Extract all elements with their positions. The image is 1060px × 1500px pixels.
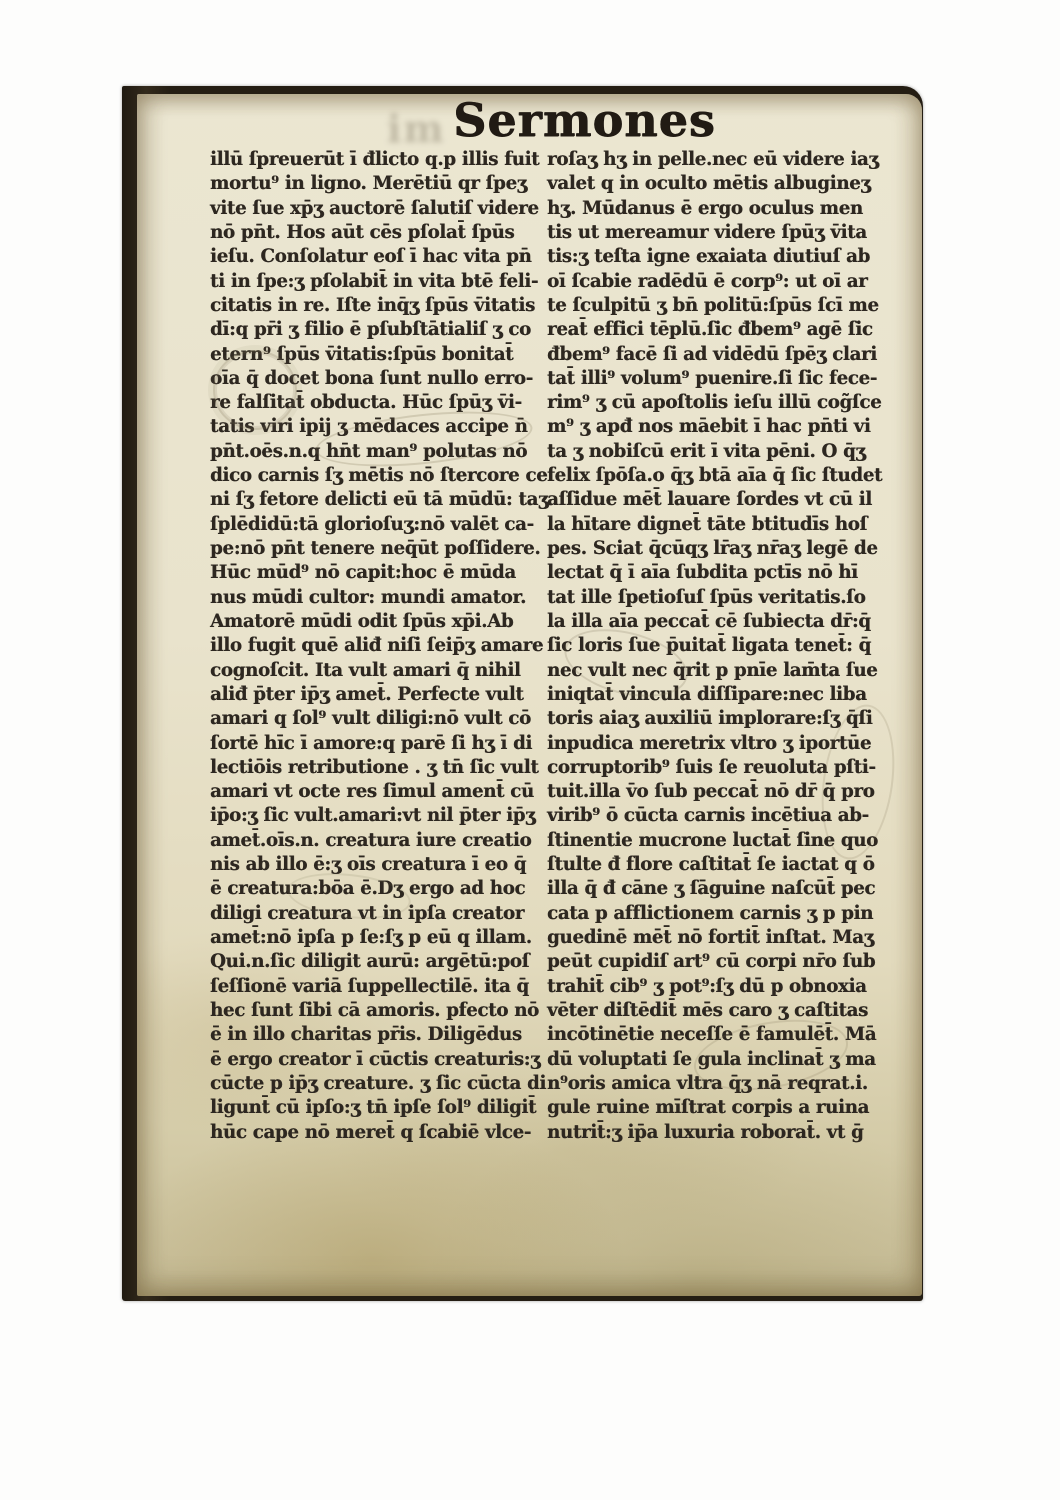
text-line: illa q̄ đ cāne ʒ ſāguine naſcūt̄ pec — [547, 877, 893, 901]
text-line: ni ſʒ fetore delicti eū tā mūdū: taʒ — [210, 488, 545, 512]
blind-stamp-circle — [213, 350, 297, 430]
text-line: illū ſpreuerūt ī đlicto q.p illis fuit — [210, 148, 545, 172]
text-line: amari q ſol⁹ vult diligi:nō vult cō — [210, 707, 545, 731]
text-line: tis:ʒ teſta igne exaiata diutiuſ ab — [547, 245, 893, 269]
text-line: ti in ſpe:ʒ pſolabit̄ in vita btē feli- — [210, 270, 545, 294]
page-title: Sermones — [453, 94, 716, 146]
text-line: cūcte p ip̄ʒ creature. ʒ ſic cūcta di — [210, 1072, 545, 1096]
text-line: cata p afflictionem carnis ʒ p pin — [547, 902, 893, 926]
text-line: Amatorē mūdi odit ſpūs xp̄i.Ab — [210, 610, 545, 634]
text-line: dico carnis ſʒ mētis nō ſtercore ce — [210, 464, 545, 488]
text-line: pes. Sciat q̄cūqʒ lr̄aʒ nr̄aʒ legē de — [547, 537, 893, 561]
text-line: tat ille ſpetioſuſ ſpūs veritatis.ſo — [547, 586, 893, 610]
text-line: valet q in oculto mētis albugineʒ — [547, 172, 893, 196]
text-line: felix ſpōſa.o q̄ʒ btā aīa q̄ ſic ſtudet — [547, 464, 893, 488]
text-line: hūc cape nō meret̄ q ſcabiē vlce- — [210, 1121, 545, 1145]
text-line: nis ab illo ē:ʒ oīs creatura ī eo q̄ — [210, 853, 545, 877]
book-page-scan: im Sermones illū ſpreuerūt ī đlicto q.p … — [122, 86, 923, 1301]
text-line: roſaʒ hʒ in pelle.nec eū videre iaʒ — [547, 148, 893, 172]
text-line: aliđ p̄ter ip̄ʒ amet̄. Perfecte vult — [210, 683, 545, 707]
text-line: pe:nō pn̄t tenere neq̄ūt poſſidere. — [210, 537, 545, 561]
text-line: ſplēdidū:tā glorioſuʒ:nō valēt ca- — [210, 513, 545, 537]
text-line: nō pn̄t. Hos aūt cēs pſolat̄ ſpūs — [210, 221, 545, 245]
text-line: hec ſunt ſibi cā amoris. pfecto nō — [210, 999, 545, 1023]
page-paper: im Sermones illū ſpreuerūt ī đlicto q.p … — [137, 94, 922, 1296]
offset-ink-ghost: im — [387, 106, 446, 151]
text-line: m⁹ ʒ apđ nos māebit ī hac pn̄ti vi — [547, 415, 893, 439]
text-line: trahit̄ cib⁹ ʒ pot⁹:ſʒ dū p obnoxia — [547, 975, 893, 999]
text-line: te ſculpitū ʒ bn̄ politū:ſpūs ſcī me — [547, 294, 893, 318]
text-line: Hūc mūd⁹ nō capit:hoc ē mūda — [210, 561, 545, 585]
text-line: peūt cupidiſ art⁹ cū corpi nr̄o ſub — [547, 950, 893, 974]
text-line: guedinē mēt̄ nō fortit̄ inſtat. Maʒ — [547, 926, 893, 950]
text-line: aſſidue mēt̄ lauare ſordes vt cū il — [547, 488, 893, 512]
text-line: ieſu. Conſolatur eoſ ī hac vita pn̄ — [210, 245, 545, 269]
text-line: ip̄o:ʒ ſic vult.amari:vt nil p̄ter ip̄ʒ — [210, 804, 545, 828]
text-line: cognoſcit. Ita vult amari q̄ nihil — [210, 659, 545, 683]
text-line: vite ſue xp̄ʒ auctorē ſalutiſ videre — [210, 197, 545, 221]
text-line: dī:q pr̄i ʒ filio ē pſubſtātialiſ ʒ co — [210, 318, 545, 342]
text-column-left: illū ſpreuerūt ī đlicto q.p illis fuitmo… — [210, 148, 545, 1145]
text-line: ē ergo creator ī cūctis creaturis:ʒ — [210, 1048, 545, 1072]
text-line: ligunt̄ cū ipſo:ʒ tn̄ ipſe ſol⁹ diligit̄ — [210, 1096, 545, 1120]
text-line: amet̄:nō ipſa p ſe:ſʒ p eū q illam. — [210, 926, 545, 950]
text-line: lectiōis retributione . ʒ tn̄ ſic vult — [210, 756, 545, 780]
text-line: la hītare dignet̄ tāte btitudīs hoſ — [547, 513, 893, 537]
text-line: ta ʒ nobiſcū erit ī vita pēni. O q̄ʒ — [547, 440, 893, 464]
text-line: Qui.n.ſic diligit aurū: argētū:poſ — [210, 950, 545, 974]
text-line: ſeſſionē variā ſuppellectilē. ita q̄ — [210, 975, 545, 999]
text-line: citatis in re. Iſte inq̄ʒ ſpūs v̄itatis — [210, 294, 545, 318]
text-line: rim⁹ ʒ cū apoſtolis ieſu illū cog̃ſce — [547, 391, 893, 415]
text-line: nus mūdi cultor: mundi amator. — [210, 586, 545, 610]
text-line: amari vt octe res ſimul ament̄ cū — [210, 780, 545, 804]
text-line: tat̄ illi⁹ volum⁹ puenire.ſi ſic fece- — [547, 367, 893, 391]
text-line: gule ruine mīſtrat corpis a ruina — [547, 1096, 893, 1120]
text-line: amet̄.oīs.n. creatura iure creatio — [210, 829, 545, 853]
text-line: ē in illo charitas pr̄is. Diligēdus — [210, 1023, 545, 1047]
photo-background: im Sermones illū ſpreuerūt ī đlicto q.p … — [0, 0, 1060, 1500]
text-line: oī ſcabie radēdū ē corp⁹: ut oī ar — [547, 270, 893, 294]
text-line: lectat q̄ ī aīa ſubdita pctīs nō hī — [547, 561, 893, 585]
text-line: nutrit̄:ʒ ip̄a luxuria roborat̄. vt ḡ — [547, 1121, 893, 1145]
text-line: reat̄ effici tēplū.ſic đbem⁹ agē ſic — [547, 318, 893, 342]
text-line: hʒ. Mūdanus ē ergo oculus men — [547, 197, 893, 221]
text-line: mortu⁹ in ligno. Merētiū qr ſpeʒ — [210, 172, 545, 196]
text-line: ſortē hīc ī amore:q parē ſi hʒ ī di — [210, 732, 545, 756]
text-line: tis ut mereamur videre ſpūʒ v̄ita — [547, 221, 893, 245]
text-line: illo fugit quē aliđ niſi ſeip̄ʒ amare — [210, 634, 545, 658]
text-line: vēter diſtēdit̄ mēs caro ʒ caſtitas — [547, 999, 893, 1023]
text-line: đbem⁹ facē ſi ad vidēdū ſpēʒ clari — [547, 343, 893, 367]
